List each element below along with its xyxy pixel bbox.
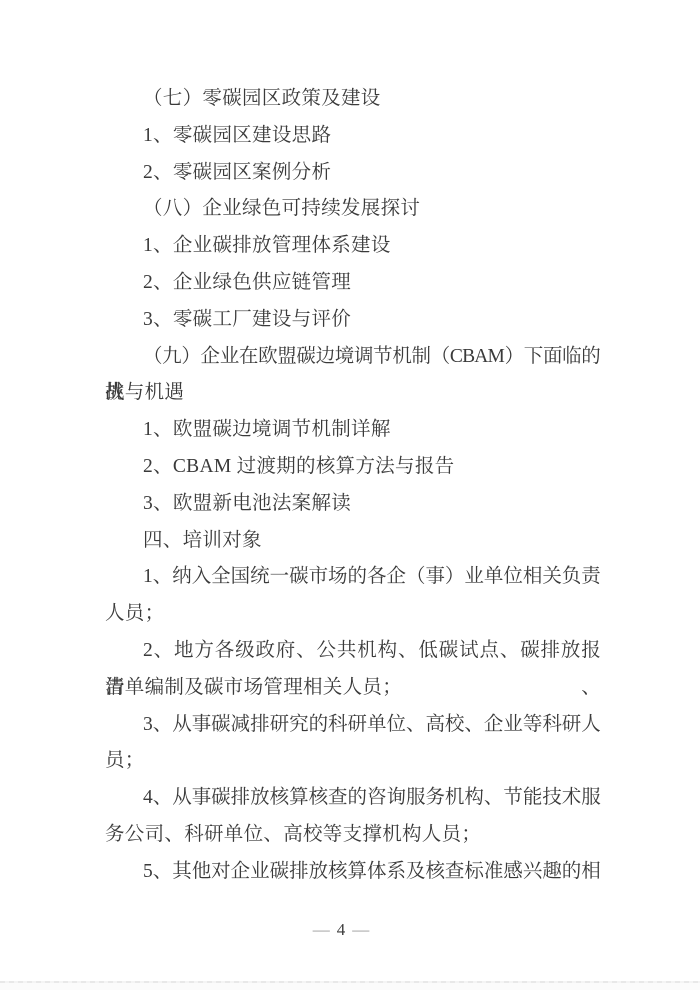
list-item: 3、欧盟新电池法案解读 xyxy=(105,486,600,523)
scan-bottom-margin xyxy=(0,983,700,990)
document-body: （七）零碳园区政策及建设 1、零碳园区建设思路 2、零碳园区案例分析 （八）企业… xyxy=(105,81,600,891)
section-heading-continuation: 战与机遇 xyxy=(105,375,600,412)
section-heading: （七）零碳园区政策及建设 xyxy=(105,81,600,118)
page-number-footer: —4— xyxy=(0,916,691,944)
list-item: 2、零碳园区案例分析 xyxy=(105,155,600,192)
list-item: 3、零碳工厂建设与评价 xyxy=(105,302,600,339)
list-item-continuation: 务公司、科研单位、高校等支撑机构人员； xyxy=(105,817,600,854)
list-item-continuation: 人员； xyxy=(105,596,600,633)
list-item: 1、企业碳排放管理体系建设 xyxy=(105,228,600,265)
list-item: 5、其他对企业碳排放核算体系及核查标准感兴趣的相 xyxy=(105,854,600,891)
list-item: 1、纳入全国统一碳市场的各企（事）业单位相关负责 xyxy=(105,559,600,596)
list-item: 2、CBAM 过渡期的核算方法与报告 xyxy=(105,449,600,486)
chapter-heading: 四、培训对象 xyxy=(105,523,600,560)
footer-dash-right: — xyxy=(352,920,369,939)
section-heading: （八）企业绿色可持续发展探讨 xyxy=(105,191,600,228)
list-item-continuation: 员； xyxy=(105,743,600,780)
list-item: 2、地方各级政府、公共机构、低碳试点、碳排放报告、 xyxy=(105,633,600,670)
section-heading: （九）企业在欧盟碳边境调节机制（CBAM）下面临的挑 xyxy=(105,339,600,376)
page-number: 4 xyxy=(337,920,346,939)
list-item: 4、从事碳排放核算核查的咨询服务机构、节能技术服 xyxy=(105,780,600,817)
list-item: 1、零碳园区建设思路 xyxy=(105,118,600,155)
list-item: 1、欧盟碳边境调节机制详解 xyxy=(105,412,600,449)
list-item: 3、从事碳减排研究的科研单位、高校、企业等科研人 xyxy=(105,707,600,744)
scanned-document-page: （七）零碳园区政策及建设 1、零碳园区建设思路 2、零碳园区案例分析 （八）企业… xyxy=(0,0,700,990)
list-item: 2、企业绿色供应链管理 xyxy=(105,265,600,302)
footer-dash-left: — xyxy=(313,920,330,939)
